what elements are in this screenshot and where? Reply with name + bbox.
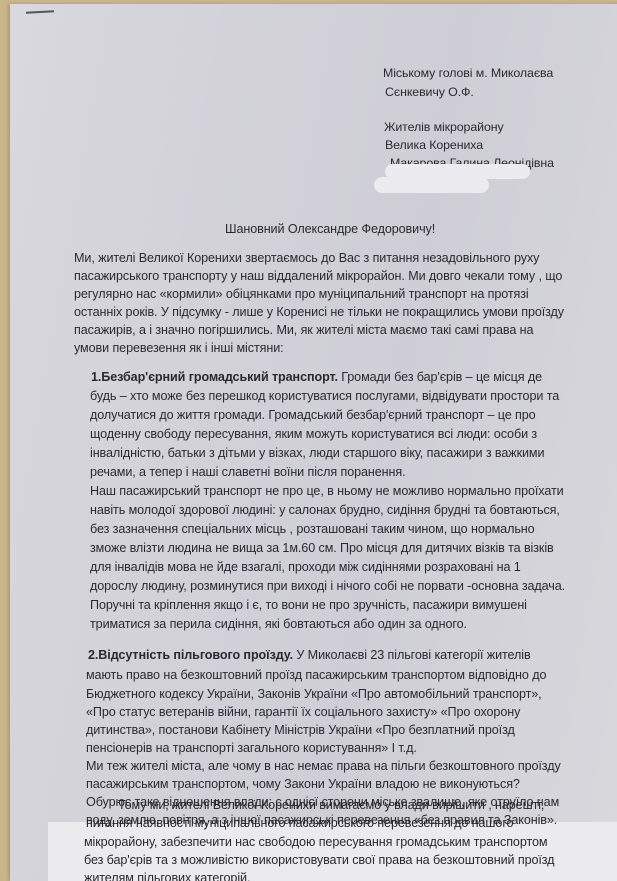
section1-line: Поручні та кріплення якщо і є, то вони н… (90, 598, 527, 612)
section2-line: пасажирським транспортом, чому Закони Ук… (86, 777, 520, 791)
intro-line: регулярно нас «кормили» обіцянками про м… (74, 287, 529, 301)
section1-line: речами, а тепер і наші славетні воїни пі… (90, 465, 406, 479)
section1-line: без зазначення спеціальних місць , розта… (90, 522, 535, 536)
section1-line: щоденну свободу пересування, яким можуть… (90, 427, 537, 441)
section2-line: пенсіонерів на транспорті загального кор… (86, 741, 417, 755)
redaction-mark (374, 177, 489, 193)
conclusion-line: Тому ми, жителі Великої Коренихи вимагає… (118, 798, 544, 812)
section2-line: «Про статус ветеранів війни, гарантії їх… (86, 705, 520, 719)
section2-text: У Миколаєві 23 пільгові категорії жителі… (293, 648, 531, 662)
conclusion-line: без бар'єрів та з можливістю використову… (84, 853, 554, 867)
section1-line: будь – хто може без перешкод користувати… (90, 389, 559, 403)
section1-line: інвалідністю, батьки з дітьми у візках, … (90, 446, 544, 460)
section1-line: триматися за перила сидіння, які бовтают… (90, 617, 467, 631)
section1-line: Наш пасажирський транспорт не про це, в … (90, 484, 564, 498)
section1-line: долучатися до життя громади. Громадський… (90, 408, 536, 422)
intro-line: пасажирського транспорту у наш віддалени… (74, 269, 562, 283)
section1-line: зможе влізти людина не вища за 1м.60 см.… (90, 541, 554, 555)
addressee-line-1: Міському голові м. Миколаєва (383, 66, 553, 80)
section2-heading: 2.Відсутність пільгового проїзду. (88, 648, 293, 662)
conclusion-line: питання наявності муніципального пасажир… (86, 816, 513, 830)
section2-line: Бюджетного кодексу України, Законів Укра… (86, 687, 542, 701)
salutation: Шановний Олександре Федоровичу! (225, 222, 435, 236)
conclusion-line: жителям пільгових категорій. (84, 871, 250, 881)
section1-heading: 1.Безбар'єрний громадський транспорт. (91, 370, 338, 384)
section1-first-line: 1.Безбар'єрний громадський транспорт. Гр… (91, 370, 542, 384)
sender-line-2: Велика Корениха (385, 138, 483, 152)
conclusion-line: мікрорайону, забезпечити нас свободою пе… (84, 835, 547, 849)
addressee-line-2: Сєнкевичу О.Ф. (385, 85, 474, 99)
sender-line-1: Жителів мікрорайону (384, 120, 504, 134)
section2-line: дитинства», постанови Кабінету Міністрів… (86, 723, 515, 737)
section2-line: Ми теж жителі міста, але чому в нас нема… (86, 759, 561, 773)
intro-line: Ми, жителі Великої Коренихи звертаємось … (74, 251, 539, 265)
intro-line: пасажирів, а і значно погіршились. Ми, я… (74, 323, 533, 337)
section1-text: Громади без бар'єрів – це місця де (338, 370, 542, 384)
intro-line: умови перевезення як і інші містяни: (74, 341, 284, 355)
section1-line: навіть молодої здорової людині: у салона… (90, 503, 560, 517)
intro-line: останніх років. У підсумку - лише у Коре… (74, 305, 564, 319)
section2-first-line: 2.Відсутність пільгового проїзду. У Мико… (88, 648, 531, 662)
section1-line: дорослу людину, розминутися при виході і… (90, 579, 565, 593)
section1-line: для інвалідів мова не йде взагалі, прохо… (90, 560, 521, 574)
section2-line: мають право на безкоштовний проїзд пасаж… (86, 668, 546, 682)
